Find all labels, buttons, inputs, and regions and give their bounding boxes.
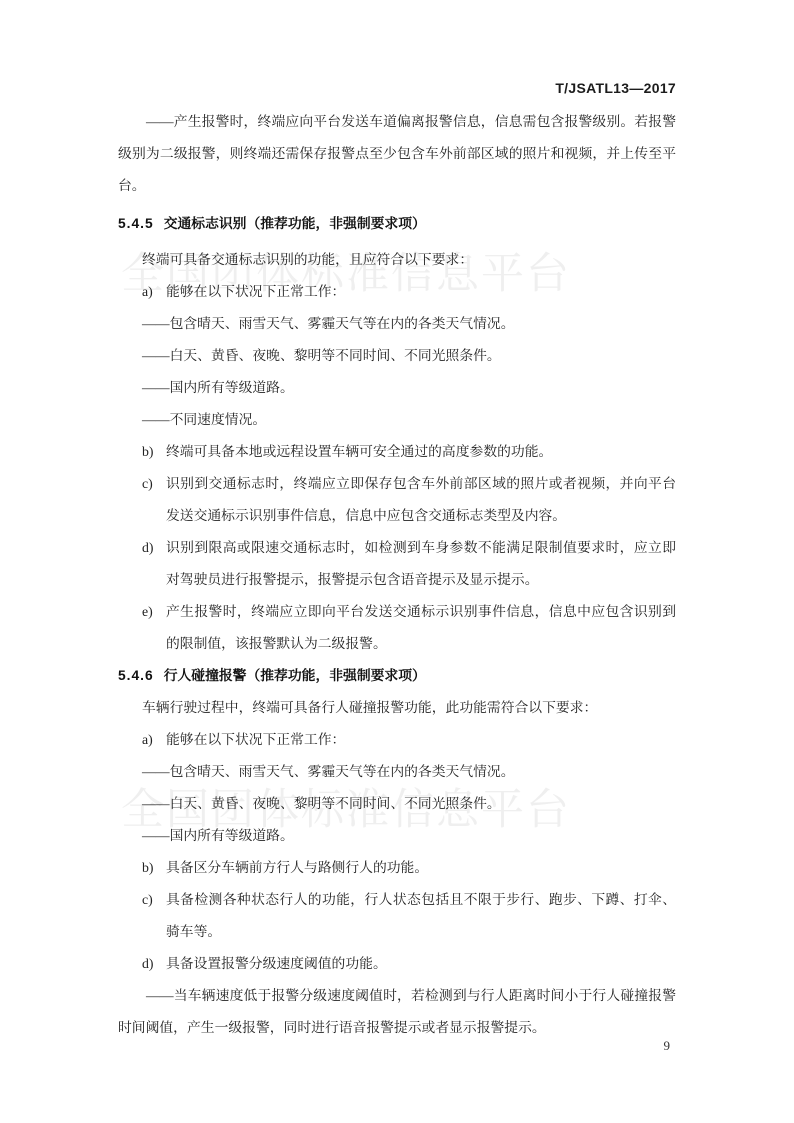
- section-number: 5.4.5: [118, 216, 154, 231]
- document-content: ——产生报警时，终端应向平台发送车道偏离报警信息，信息需包含报警级别。若报警级别…: [118, 106, 676, 1044]
- list-item: d) 识别到限高或限速交通标志时，如检测到车身参数不能满足限制值要求时，应立即对…: [118, 532, 676, 596]
- list-item-text: 产生报警时，终端应立即向平台发送交通标示识别事件信息，信息中应包含识别到的限制值…: [166, 604, 676, 651]
- list-item: ——包含晴天、雨雪天气、雾霾天气等在内的各类天气情况。: [118, 308, 676, 340]
- section-title: 行人碰撞报警（推荐功能，非强制要求项）: [164, 668, 426, 683]
- list-item-text: 具备检测各种状态行人的功能，行人状态包括且不限于步行、跑步、下蹲、打伞、骑车等。: [166, 892, 676, 939]
- list-item: e) 产生报警时，终端应立即向平台发送交通标示识别事件信息，信息中应包含识别到的…: [118, 596, 676, 660]
- list-item-label: e): [142, 596, 153, 628]
- list-item-label: b): [142, 852, 154, 884]
- list-item: ——不同速度情况。: [118, 404, 676, 436]
- list-item: d) 具备设置报警分级速度阈值的功能。: [118, 948, 676, 980]
- list-item-text: 识别到限高或限速交通标志时，如检测到车身参数不能满足限制值要求时，应立即对驾驶员…: [166, 540, 676, 587]
- list-item-text: 终端可具备本地或远程设置车辆可安全通过的高度参数的功能。: [166, 444, 552, 459]
- list-item-text: 能够在以下状况下正常工作：: [166, 284, 345, 299]
- list-item: b) 终端可具备本地或远程设置车辆可安全通过的高度参数的功能。: [118, 436, 676, 468]
- list-item-label: b): [142, 436, 154, 468]
- section-lead: 终端可具备交通标志识别的功能，且应符合以下要求：: [118, 244, 676, 276]
- list-item: c) 具备检测各种状态行人的功能，行人状态包括且不限于步行、跑步、下蹲、打伞、骑…: [118, 884, 676, 948]
- opening-paragraph: ——产生报警时，终端应向平台发送车道偏离报警信息，信息需包含报警级别。若报警级别…: [118, 106, 676, 202]
- list-item: ——白天、黄昏、夜晚、黎明等不同时间、不同光照条件。: [118, 788, 676, 820]
- list-item-label: c): [142, 884, 153, 916]
- list-item-label: a): [142, 276, 153, 308]
- list-item-text: 具备区分车辆前方行人与路侧行人的功能。: [166, 860, 428, 875]
- list-item-text: 具备设置报警分级速度阈值的功能。: [166, 956, 387, 971]
- list-item: ——包含晴天、雨雪天气、雾霾天气等在内的各类天气情况。: [118, 756, 676, 788]
- closing-paragraph: ——当车辆速度低于报警分级速度阈值时，若检测到与行人距离时间小于行人碰撞报警时间…: [118, 980, 676, 1044]
- list-item-text: 能够在以下状况下正常工作：: [166, 732, 345, 747]
- list-item-text: 识别到交通标志时，终端应立即保存包含车外前部区域的照片或者视频，并向平台发送交通…: [166, 476, 676, 523]
- list-item: ——国内所有等级道路。: [118, 372, 676, 404]
- document-page: T/JSATL13—2017 全国团体标准信息平台 全国团体标准信息平台 ——产…: [0, 0, 794, 1123]
- list-item: a) 能够在以下状况下正常工作：: [118, 276, 676, 308]
- list-item-label: a): [142, 724, 153, 756]
- list-item: c) 识别到交通标志时，终端应立即保存包含车外前部区域的照片或者视频，并向平台发…: [118, 468, 676, 532]
- section-heading-546: 5.4.6行人碰撞报警（推荐功能，非强制要求项）: [118, 660, 676, 692]
- doc-code-header: T/JSATL13—2017: [555, 80, 676, 96]
- list-item-label: d): [142, 948, 154, 980]
- section-heading-545: 5.4.5交通标志识别（推荐功能，非强制要求项）: [118, 208, 676, 240]
- list-item: a) 能够在以下状况下正常工作：: [118, 724, 676, 756]
- list-item: ——白天、黄昏、夜晚、黎明等不同时间、不同光照条件。: [118, 340, 676, 372]
- list-item-label: d): [142, 532, 154, 564]
- section-lead: 车辆行驶过程中，终端可具备行人碰撞报警功能，此功能需符合以下要求：: [118, 692, 676, 724]
- section-title: 交通标志识别（推荐功能，非强制要求项）: [164, 216, 426, 231]
- list-item-label: c): [142, 468, 153, 500]
- list-item: ——国内所有等级道路。: [118, 820, 676, 852]
- list-item: b) 具备区分车辆前方行人与路侧行人的功能。: [118, 852, 676, 884]
- section-number: 5.4.6: [118, 668, 154, 683]
